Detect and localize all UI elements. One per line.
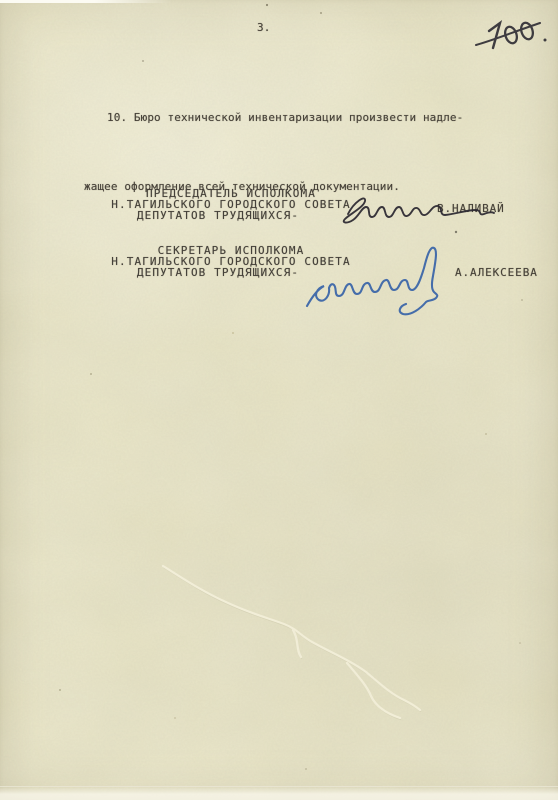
chairman-title-block: ПРЕДСЕДАТЕЛЬ ИСПОЛКОМА Н.ТАГИЛЬСКОГО ГОР…: [97, 188, 365, 221]
role-title-line: ДЕПУТАТОВ ТРУДЯЩИХСЯ-: [84, 267, 352, 278]
paper-crease: [163, 566, 421, 720]
role-title-line: ДЕПУТАТОВ ТРУДЯЩИХСЯ-: [84, 210, 352, 221]
handwritten-folio-number: 100: [474, 16, 552, 52]
secretary-name: А.АЛЕКСЕЕВА: [455, 266, 538, 279]
secretary-title-block: СЕКРЕТАРЬ ИСПОЛКОМА Н.ТАГИЛЬСКОГО ГОРОДС…: [97, 245, 365, 278]
scan-bottom-edge: [0, 786, 558, 800]
paragraph-line: 10. Бюро технической инвентаризации прои…: [84, 106, 504, 129]
scanned-document-page: 3. 100 10. Бюро технической инвентаризац…: [0, 0, 558, 800]
scan-edge-artifact: [0, 0, 172, 3]
page-number: 3.: [257, 21, 270, 34]
chairman-name: В.НАЛИВАЙ: [437, 202, 505, 215]
